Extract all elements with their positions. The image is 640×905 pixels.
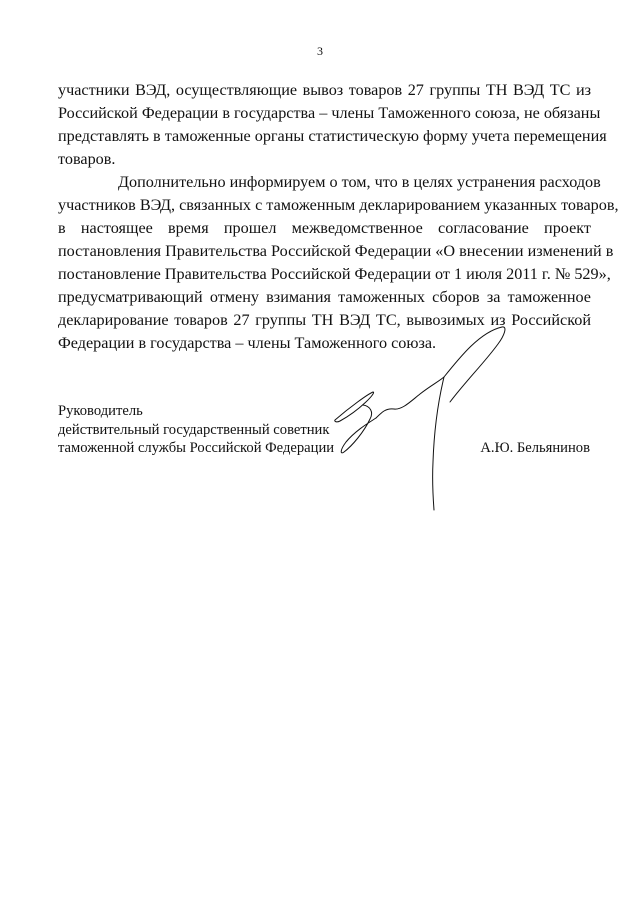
text-line: Российской Федерации в государства – чле… [58,102,591,125]
text-line: декларирование товаров 27 группы ТН ВЭД … [58,309,591,332]
text-line: представлять в таможенные органы статист… [58,125,591,148]
text-line: Федерации в государства – члены Таможенн… [58,332,591,355]
text-line: Дополнительно информируем о том, что в ц… [58,171,591,194]
signatory-service: таможенной службы Российской Федерации [58,439,334,458]
letter-body: участники ВЭД, осуществляющие вывоз това… [58,79,591,355]
text-line: в настоящее время прошел межведомственно… [58,217,591,240]
page-number: 3 [0,44,640,58]
text-line: постановления Правительства Российской Ф… [58,240,591,263]
handwritten-signature-icon [330,322,510,512]
text-line: постановление Правительства Российской Ф… [58,263,591,286]
text-line: участников ВЭД, связанных с таможенным д… [58,194,591,217]
text-line: товаров. [58,148,591,171]
paragraph-2: Дополнительно информируем о том, что в ц… [58,171,591,355]
text-line: предусматривающий отмену взимания таможе… [58,286,591,309]
paragraph-1: участники ВЭД, осуществляющие вывоз това… [58,79,591,171]
signatory-rank: действительный государственный советник [58,421,334,440]
signatory-title: Руководитель действительный государствен… [58,402,334,458]
text-line: участники ВЭД, осуществляющие вывоз това… [58,79,591,102]
signatory-position: Руководитель [58,402,334,421]
